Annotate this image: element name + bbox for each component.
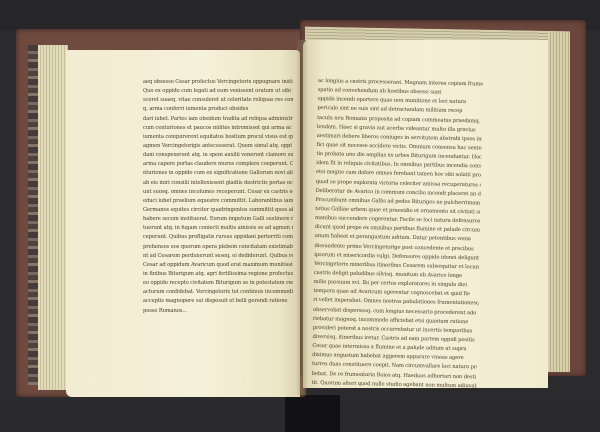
manuscript-line: arma capere portas claudere muros comple… <box>143 160 293 169</box>
manuscript-line: tuerunt atq. in fugam coniecti multis am… <box>143 224 293 233</box>
manuscript-line: ab eis iniri consilii intellexissent gla… <box>143 179 293 188</box>
manuscript-line: acceptis magnopere sui disposuit et bell… <box>143 297 293 306</box>
right-page-text-block: ac longius a castris processerant. Magna… <box>311 77 482 391</box>
manuscript-line: dani conspexerunt atq. in spem auxilii v… <box>143 151 293 160</box>
manuscript-line: educi iubet proelium equestre committit.… <box>143 197 293 206</box>
manuscript-line: nturiones in oppido cum ex signification… <box>143 169 293 178</box>
manuscript-line: unt suosq. omnes incolumes receperunt. C… <box>143 188 293 197</box>
manuscript-line: Cesar ad oppidum Avaricum quod erat maxi… <box>143 261 293 270</box>
manuscript-line: iumenta conquirerent equitatus hostium p… <box>143 133 293 142</box>
left-page-text-block: aeq obsesso Cesar profectus Vercingetori… <box>143 78 293 316</box>
manuscript-line: nt ad Cesarem perduxerunt seseq. ei dedi… <box>143 252 293 261</box>
manuscript-line: eo oppido recepto civitatem Biturigum se… <box>143 279 293 288</box>
manuscript-line: cum centuriones et paucos milites introm… <box>143 124 293 133</box>
page-edges-left-stack <box>38 45 68 390</box>
manuscript-line: posse Romanos... <box>143 307 293 316</box>
manuscript-line: acturum confidebat. Vercingetorix tot co… <box>143 288 293 297</box>
manuscript-line: aeq obsesso Cesar profectus Vercingetori… <box>143 78 293 87</box>
manuscript-line: Germanos equites circiter quadringentos … <box>143 206 293 215</box>
book-gutter <box>296 40 308 395</box>
manuscript-line: sceret suaeq. vitae consuleret ut celeri… <box>143 96 293 105</box>
manuscript-line: ceperunt. Quibus profligatis rursus oppi… <box>143 233 293 242</box>
manuscript-line: prehensos eos quorum opera plebem concit… <box>143 243 293 252</box>
manuscript-line: habere secum instituerat. Eorum impetum … <box>143 215 293 224</box>
manuscript-line: agmen Vercingetorigis antecesserat. Quem… <box>143 142 293 151</box>
manuscript-line: q. arma conferri iumenta produci obsides <box>143 105 293 114</box>
manuscript-line: Quo ex oppido cum legati ad eum venissen… <box>143 87 293 96</box>
page-edges-right-stack <box>548 32 570 372</box>
manuscript-line: dari iubet. Partes iam obsidum tradita a… <box>143 115 293 124</box>
shadow-under-spine <box>285 395 340 432</box>
manuscript-line: in finibus Biturigum atq. agri fertiliss… <box>143 270 293 279</box>
